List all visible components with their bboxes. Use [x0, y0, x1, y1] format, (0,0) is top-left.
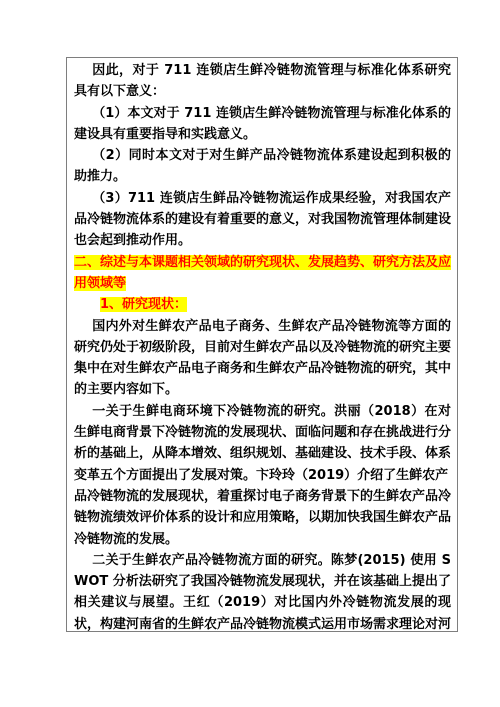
- document-page: 因此，对于 711 连锁店生鲜冷链物流管理与标准化体系研究具有以下意义： （1）…: [0, 0, 500, 707]
- paragraph-review-agri-coldchain: 二关于生鲜农产品冷链物流方面的研究。陈梦(2015) 使用 SWOT 分析法研究…: [74, 550, 451, 632]
- subsection-heading-research-status: 1、研究现状：: [74, 294, 451, 315]
- document-table: 因此，对于 711 连锁店生鲜冷链物流管理与标准化体系研究具有以下意义： （1）…: [66, 57, 458, 632]
- paragraph-review-ecommerce-coldchain-cont: 品冷链物流的发展现状，着重探讨电子商务背景下的生鲜农产品冷链物流绩效评价体系的设…: [74, 486, 451, 550]
- paragraph-significance-intro: 因此，对于 711 连锁店生鲜冷链物流管理与标准化体系研究具有以下意义：: [74, 60, 451, 103]
- paragraph-significance-1: （1）本文对于 711 连锁店生鲜冷链物流管理与标准化体系的建设具有重要指导和实…: [74, 103, 451, 146]
- section-heading-highlight: 二、综述与本课题相关领域的研究现状、发展趋势、研究方法及应用领域等: [74, 255, 451, 291]
- paragraph-significance-3: （3）711 连锁店生鲜品冷链物流运作成果经验，对我国农产品冷链物流体系的建设有…: [74, 188, 451, 252]
- paragraph-review-ecommerce-coldchain: 一关于生鲜电商环境下冷链物流的研究。洪丽（2018）在对生鲜电商背景下冷链物流的…: [74, 401, 451, 486]
- section-heading-overview: 二、综述与本课题相关领域的研究现状、发展趋势、研究方法及应用领域等: [74, 252, 451, 295]
- paragraph-significance-2: （2）同时本文对于对生鲜产品冷链物流体系建设起到积极的助推力。: [74, 145, 451, 188]
- subsection-heading-highlight: 1、研究现状：: [100, 297, 187, 312]
- paragraph-research-status-intro: 国内外对生鲜农产品电子商务、生鲜农产品冷链物流等方面的研究仍处于初级阶段，目前对…: [74, 316, 451, 401]
